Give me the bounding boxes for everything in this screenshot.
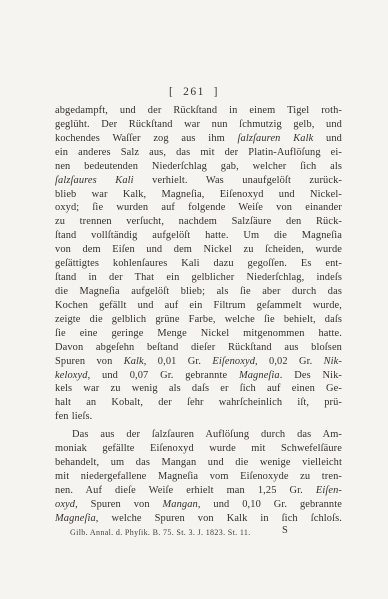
text-line: halt an Kobalt, der ſehr wahrſcheinlich …: [55, 396, 342, 410]
text-segment: . Des Nik-: [280, 370, 342, 381]
text-segment: mit niedergefallene Magneſia vom Eiſenox…: [55, 471, 342, 482]
text-segment: verhielt. Was unaufgelöſt zurück-: [134, 175, 342, 186]
text-segment: kochendes Waſſer zog aus ihm: [55, 133, 238, 144]
text-segment-italic: Magneſia: [239, 370, 280, 381]
text-segment-italic: Kalk: [124, 356, 144, 367]
text-segment: und: [313, 133, 342, 144]
text-line: Spuren von Kalk, 0,01 Gr. Eiſenoxyd, 0,0…: [55, 355, 342, 369]
text-line: Davon abgeſehn beſtand dieſer Rückſtand …: [55, 341, 342, 355]
text-segment: Kochen gefällt und auf ein Filtrum geſam…: [55, 300, 342, 311]
text-segment: Das aus der ſalzſauren Auflöſung durch d…: [72, 429, 342, 440]
text-segment-italic: ſalzſauren Kalk: [238, 133, 314, 144]
text-line: die Magneſia aufgelöſt blieb; als ſie ab…: [55, 285, 342, 299]
sheet-signature: S: [282, 525, 288, 536]
text-segment-italic: Magneſia: [55, 513, 96, 524]
text-segment-italic: Nik-: [324, 356, 342, 367]
text-segment: oxyd; ſie wurden auf folgende Weiſe von …: [55, 202, 342, 213]
text-segment-italic: Eiſenoxyd: [212, 356, 255, 367]
text-line: abgedampft, und der Rückſtand in einem T…: [55, 104, 342, 118]
text-segment: , welche Spuren von Kalk in ſich ſchloſs…: [96, 513, 342, 524]
text-segment: , und 0,07 Gr. gebrannte: [88, 370, 239, 381]
text-line: nen. Auf dieſe Weiſe erhielt man 1,25 Gr…: [55, 484, 342, 498]
text-segment: geſättigtes kohlenſaures Kali dazu gegoſ…: [55, 258, 342, 269]
text-segment: nen bedeutenden Niederſchlag gab, welche…: [55, 161, 342, 172]
text-line: mit niedergefallene Magneſia vom Eiſenox…: [55, 470, 342, 484]
text-segment: ſtand in der That ein gelblicher Niederſ…: [55, 272, 342, 283]
text-segment: Spuren von: [55, 356, 124, 367]
text-segment: geglüht. Der Rückſtand war nun ſchmutzig…: [55, 119, 342, 130]
text-segment: behandelt, um das Mangan und die wenige …: [55, 457, 342, 468]
text-segment: fen lieſs.: [55, 411, 92, 422]
text-segment: ſie eine geringe Menge Nickel mitgenomme…: [55, 328, 342, 339]
paragraph: abgedampft, und der Rückſtand in einem T…: [55, 104, 342, 424]
text-segment-italic: oxyd: [55, 499, 75, 510]
text-segment: die Magneſia aufgelöſt blieb; als ſie ab…: [55, 286, 342, 297]
text-segment: Davon abgeſehn beſtand dieſer Rückſtand …: [55, 342, 342, 353]
text-segment: ſtand vollſtändig aufgelöſt hatte. Um di…: [55, 230, 342, 241]
text-line: oxyd, Spuren von Mangan, und 0,10 Gr. ge…: [55, 498, 342, 512]
text-segment: zu trennen verſucht, nachdem Salzſäure d…: [55, 216, 342, 227]
text-segment: kels war zu wenig als daſs er ſich auf e…: [55, 383, 342, 394]
text-line: geglüht. Der Rückſtand war nun ſchmutzig…: [55, 118, 342, 132]
text-line: geſättigtes kohlenſaures Kali dazu gegoſ…: [55, 257, 342, 271]
text-segment: blieb war Kalk, Magneſia, Eiſenoxyd und …: [55, 189, 342, 200]
text-segment-italic: Mangan: [163, 499, 198, 510]
text-line: nen bedeutenden Niederſchlag gab, welche…: [55, 160, 342, 174]
scanned-page: [ 261 ] abgedampft, und der Rückſtand in…: [0, 0, 388, 599]
text-line: moniak gefällte Eiſenoxyd wurde mit Schw…: [55, 442, 342, 456]
text-line: ſalzſaures Kali verhielt. Was unaufgelöſ…: [55, 174, 342, 188]
page-number: [ 261 ]: [0, 86, 388, 98]
footer-journal-ref: Gilb. Annal. d. Phyſik. B. 75. St. 3. J.…: [70, 528, 251, 537]
text-segment-italic: keloxyd: [55, 370, 88, 381]
page-body: abgedampft, und der Rückſtand in einem T…: [55, 104, 342, 526]
text-line: keloxyd, und 0,07 Gr. gebrannte Magneſia…: [55, 369, 342, 383]
text-segment: abgedampft, und der Rückſtand in einem T…: [55, 105, 342, 116]
text-line: Magneſia, welche Spuren von Kalk in ſich…: [55, 512, 342, 526]
text-line: fen lieſs.: [55, 410, 342, 424]
text-line: ſie eine geringe Menge Nickel mitgenomme…: [55, 327, 342, 341]
text-segment: , Spuren von: [75, 499, 162, 510]
text-segment: , 0,01 Gr.: [144, 356, 213, 367]
text-line: ſtand vollſtändig aufgelöſt hatte. Um di…: [55, 229, 342, 243]
text-line: kels war zu wenig als daſs er ſich auf e…: [55, 382, 342, 396]
text-line: von dem Eiſen und dem Nickel zu ſcheiden…: [55, 243, 342, 257]
text-segment: nen. Auf dieſe Weiſe erhielt man 1,25 Gr…: [55, 485, 316, 496]
text-line: Das aus der ſalzſauren Auflöſung durch d…: [55, 428, 342, 442]
text-line: Kochen gefällt und auf ein Filtrum geſam…: [55, 299, 342, 313]
text-segment: ein anderes Salz aus, das mit der Platin…: [55, 147, 342, 158]
text-line: kochendes Waſſer zog aus ihm ſalzſauren …: [55, 132, 342, 146]
text-line: ein anderes Salz aus, das mit der Platin…: [55, 146, 342, 160]
text-line: zeigte die gelblich grüne Farbe, welche …: [55, 313, 342, 327]
text-segment-italic: Eiſen-: [316, 485, 342, 496]
text-segment-italic: ſalzſaures Kali: [55, 175, 134, 186]
text-line: ſtand in der That ein gelblicher Niederſ…: [55, 271, 342, 285]
text-segment: , und 0,10 Gr. gebrannte: [198, 499, 342, 510]
paragraph: Das aus der ſalzſauren Auflöſung durch d…: [55, 428, 342, 525]
text-segment: zeigte die gelblich grüne Farbe, welche …: [55, 314, 342, 325]
text-line: blieb war Kalk, Magneſia, Eiſenoxyd und …: [55, 188, 342, 202]
text-line: behandelt, um das Mangan und die wenige …: [55, 456, 342, 470]
text-segment: von dem Eiſen und dem Nickel zu ſcheiden…: [55, 244, 342, 255]
text-segment: halt an Kobalt, der ſehr wahrſcheinlich …: [55, 397, 342, 408]
text-segment: moniak gefällte Eiſenoxyd wurde mit Schw…: [55, 443, 342, 454]
text-segment: , 0,02 Gr.: [255, 356, 324, 367]
text-line: oxyd; ſie wurden auf folgende Weiſe von …: [55, 201, 342, 215]
text-line: zu trennen verſucht, nachdem Salzſäure d…: [55, 215, 342, 229]
